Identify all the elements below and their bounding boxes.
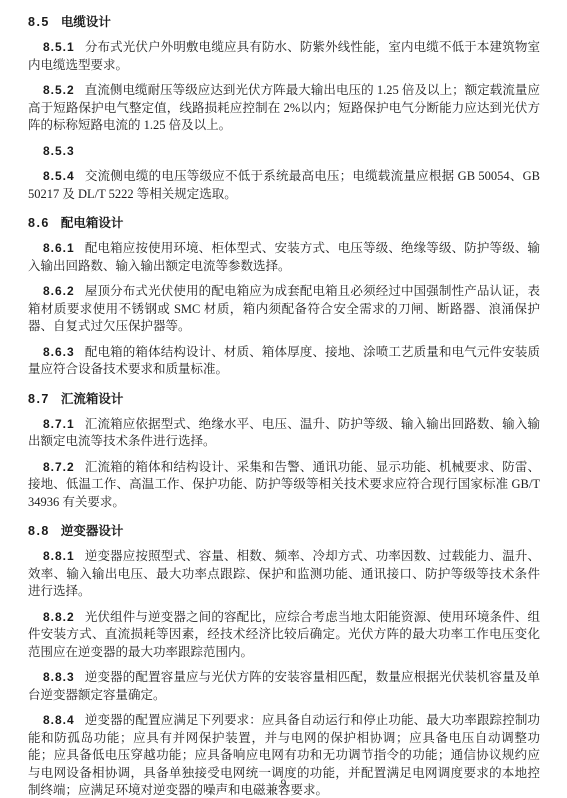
section-title: 逆变器设计	[61, 524, 124, 538]
section-number: 8.6	[28, 216, 50, 230]
section-title: 电缆设计	[61, 15, 111, 29]
document-content: 8.5电缆设计8.5.1分布式光伏户外明敷电缆应具有防水、防紫外线性能，室内电缆…	[28, 13, 540, 798]
clause-text: 配电箱的箱体结构设计、材质、箱体厚度、接地、涂喷工艺质量和电气元件安装质量应符合…	[28, 345, 540, 377]
clause-number: 8.5.1	[43, 40, 75, 54]
section-title: 汇流箱设计	[61, 392, 124, 406]
clause-paragraph: 8.8.2光伏组件与逆变器之间的容配比，应综合考虑当地太阳能资源、使用环境条件、…	[28, 609, 540, 662]
clause-number: 8.5.4	[43, 169, 75, 183]
clause-number: 8.6.2	[43, 284, 75, 298]
section-number: 8.5	[28, 15, 50, 29]
section-number: 8.8	[28, 524, 50, 538]
clause-number: 8.5.2	[43, 83, 75, 97]
clause-number: 8.8.2	[43, 610, 75, 624]
clause-number: 8.7.1	[43, 417, 75, 431]
clause-paragraph: 8.6.3配电箱的箱体结构设计、材质、箱体厚度、接地、涂喷工艺质量和电气元件安装…	[28, 344, 540, 379]
clause-text: 汇流箱的箱体和结构设计、采集和告警、通讯功能、显示功能、机械要求、防雷、接地、低…	[28, 460, 540, 509]
clause-paragraph: 8.6.1配电箱应按使用环境、柜体型式、安装方式、电压等级、绝缘等级、防护等级、…	[28, 240, 540, 275]
clause-paragraph: 8.7.2汇流箱的箱体和结构设计、采集和告警、通讯功能、显示功能、机械要求、防雷…	[28, 459, 540, 512]
clause-text: 交流侧电缆的电压等级应不低于系统最高电压；电缆载流量应根据 GB 50054、G…	[28, 169, 540, 201]
clause-number: 8.5.3	[43, 144, 75, 158]
clause-text: 配电箱应按使用环境、柜体型式、安装方式、电压等级、绝缘等级、防护等级、输入输出回…	[28, 241, 540, 273]
clause-text: 屋顶分布式光伏使用的配电箱应为成套配电箱且必须经过中国强制性产品认证，表箱材质要…	[28, 284, 540, 333]
clause-text: 光伏组件与逆变器之间的容配比，应综合考虑当地太阳能资源、使用环境条件、组件安装方…	[28, 610, 540, 659]
clause-paragraph: 8.5.1分布式光伏户外明敷电缆应具有防水、防紫外线性能，室内电缆不低于本建筑物…	[28, 39, 540, 74]
clause-paragraph: 8.5.3	[28, 143, 540, 161]
section-heading: 8.5电缆设计	[28, 13, 540, 31]
section-heading: 8.8逆变器设计	[28, 522, 540, 540]
clause-paragraph: 8.6.2屋顶分布式光伏使用的配电箱应为成套配电箱且必须经过中国强制性产品认证，…	[28, 283, 540, 336]
section-number: 8.7	[28, 392, 50, 406]
clause-paragraph: 8.5.2直流侧电缆耐压等级应达到光伏方阵最大输出电压的 1.25 倍及以上；额…	[28, 82, 540, 135]
clause-number: 8.8.4	[43, 713, 75, 727]
clause-number: 8.6.3	[43, 345, 75, 359]
document-page: 8.5电缆设计8.5.1分布式光伏户外明敷电缆应具有防水、防紫外线性能，室内电缆…	[0, 0, 567, 798]
clause-paragraph: 8.5.4交流侧电缆的电压等级应不低于系统最高电压；电缆载流量应根据 GB 50…	[28, 168, 540, 203]
clause-number: 8.7.2	[43, 460, 75, 474]
clause-number: 8.8.1	[43, 549, 75, 563]
clause-text: 直流侧电缆耐压等级应达到光伏方阵最大输出电压的 1.25 倍及以上；额定载流量应…	[28, 83, 540, 132]
clause-text: 逆变器的配置容量应与光伏方阵的安装容量相匹配，数量应根据光伏装机容量及单台逆变器…	[28, 670, 540, 702]
section-title: 配电箱设计	[61, 216, 124, 230]
clause-text: 分布式光伏户外明敷电缆应具有防水、防紫外线性能，室内电缆不低于本建筑物室内电缆选…	[28, 40, 540, 72]
clause-paragraph: 8.8.1逆变器应按照型式、容量、相数、频率、冷却方式、功率因数、过载能力、温升…	[28, 548, 540, 601]
section-heading: 8.6配电箱设计	[28, 214, 540, 232]
clause-number: 8.8.3	[43, 670, 75, 684]
clause-paragraph: 8.7.1汇流箱应依据型式、绝缘水平、电压、温升、防护等级、输入输出回路数、输入…	[28, 416, 540, 451]
section-heading: 8.7汇流箱设计	[28, 390, 540, 408]
clause-number: 8.6.1	[43, 241, 75, 255]
clause-text: 汇流箱应依据型式、绝缘水平、电压、温升、防护等级、输入输出回路数、输入输出额定电…	[28, 417, 540, 449]
clause-paragraph: 8.8.3逆变器的配置容量应与光伏方阵的安装容量相匹配，数量应根据光伏装机容量及…	[28, 669, 540, 704]
clause-text: 逆变器应按照型式、容量、相数、频率、冷却方式、功率因数、过载能力、温升、效率、输…	[28, 549, 540, 598]
page-footer: 9	[0, 774, 567, 792]
page-number: 9	[281, 778, 287, 790]
